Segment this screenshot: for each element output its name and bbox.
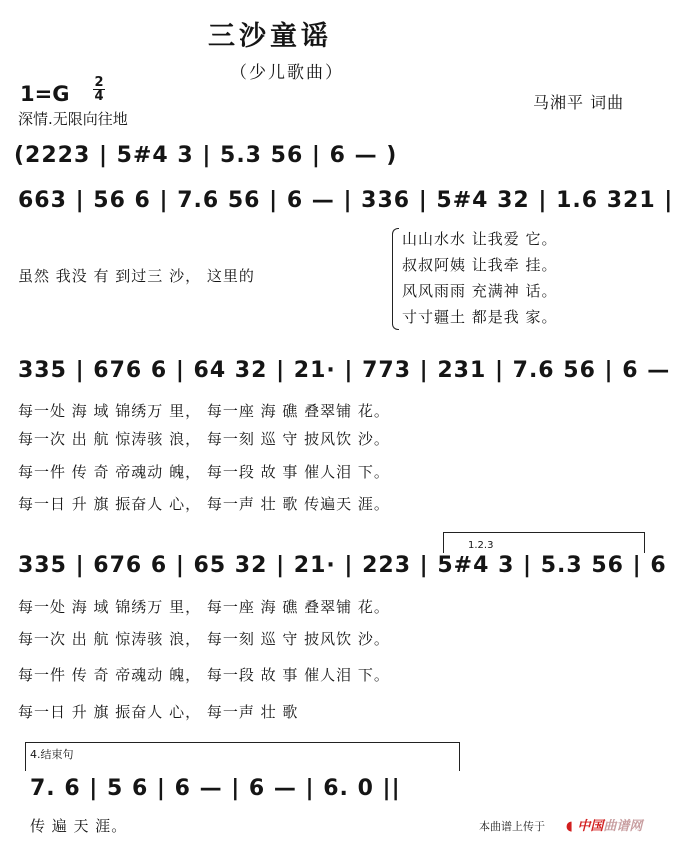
logo-text-part1: 中国 (577, 819, 603, 834)
staff-line-2: 335 | 676 6 | 64 32 | 21· | 773 | 231 | … (18, 358, 673, 383)
time-signature: 2 4 (93, 76, 105, 103)
site-logo[interactable]: ◖ 中国曲谱网 (566, 815, 642, 834)
lyric-branch-1: 山山水水 让我爱 它。 (402, 228, 558, 249)
staff-line-4: 7. 6 | 5 6 | 6 — | 6 — | 6. 0 || (30, 776, 401, 801)
volta-label-ending: 4.结束句 (30, 746, 74, 762)
lyric-branch-3: 风风雨雨 充满神 话。 (402, 280, 558, 301)
lyric-intro: 虽然 我没 有 到过三 沙， 这里的 (18, 265, 255, 286)
author-credit: 马湘平 词曲 (533, 90, 624, 113)
song-title: 三沙童谣 (208, 14, 332, 53)
tempo-marking: 深情.无限向往地 (18, 108, 128, 129)
intro-line: (2223 | 5#4 3 | 5.3 56 | 6 — ) (14, 143, 397, 168)
lyric-block2-2: 每一次 出 航 惊涛骇 浪， 每一刻 巡 守 披风饮 沙。 (18, 628, 390, 649)
song-subtitle: （少儿歌曲） (230, 58, 344, 83)
lyric-block2-1: 每一处 海 域 锦绣万 里， 每一座 海 礁 叠翠铺 花。 (18, 596, 390, 617)
lyric-block2-4: 每一日 升 旗 振奋人 心， 每一声 壮 歌 (18, 701, 298, 722)
upload-notice: 本曲谱上传于 (479, 818, 545, 834)
logo-mark-icon: ◖ (566, 819, 573, 834)
lyric-block1-3: 每一件 传 奇 帝魂动 魄， 每一段 故 事 催人泪 下。 (18, 461, 390, 482)
volta-bracket-ending (25, 742, 460, 771)
lyric-ending: 传 遍 天 涯。 (30, 815, 127, 836)
time-signature-top: 2 (94, 75, 103, 90)
lyric-block1-1: 每一处 海 域 锦绣万 里， 每一座 海 礁 叠翠铺 花。 (18, 400, 390, 421)
staff-line-3: 335 | 676 6 | 65 32 | 21· | 223 | 5#4 3 … (18, 553, 673, 578)
lyric-block1-4: 每一日 升 旗 振奋人 心， 每一声 壮 歌 传遍天 涯。 (18, 493, 390, 514)
volta-label-first: 1.2.3 (468, 540, 493, 551)
time-signature-bottom: 4 (94, 89, 103, 104)
key-signature: 1=G (20, 82, 69, 106)
lyric-block2-3: 每一件 传 奇 帝魂动 魄， 每一段 故 事 催人泪 下。 (18, 664, 390, 685)
staff-line-1: 663 | 56 6 | 7.6 56 | 6 — | 336 | 5#4 32… (18, 188, 673, 213)
lyric-block1-2: 每一次 出 航 惊涛骇 浪， 每一刻 巡 守 披风饮 沙。 (18, 428, 390, 449)
lyric-branch-4: 寸寸疆土 都是我 家。 (402, 306, 558, 327)
lyric-brace (392, 228, 399, 330)
lyric-branch-2: 叔叔阿姨 让我牵 挂。 (402, 254, 558, 275)
logo-text-part2: 曲谱网 (603, 819, 642, 834)
